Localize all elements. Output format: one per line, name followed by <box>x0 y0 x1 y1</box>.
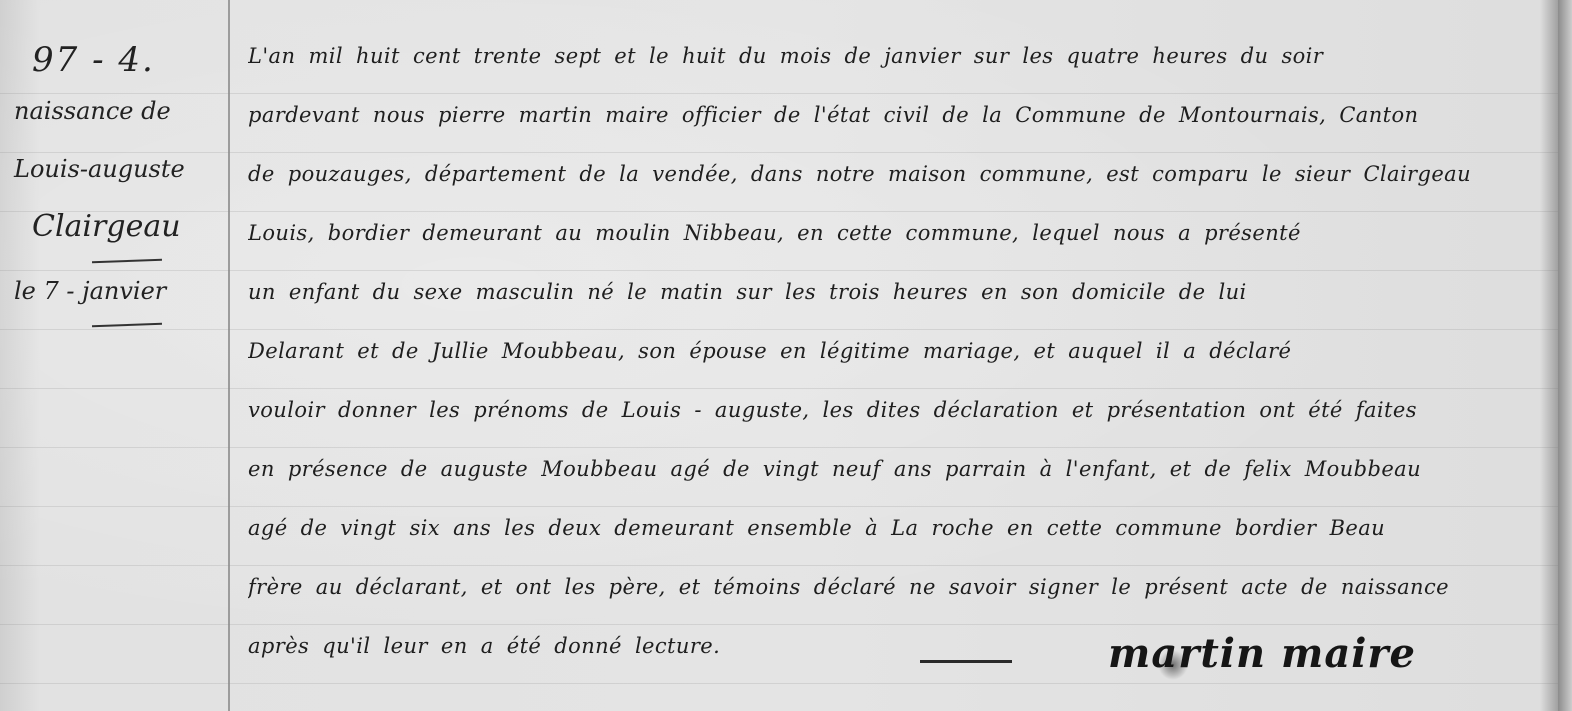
margin-annotation: 97 - 4. naissance de Louis-auguste Clair… <box>14 38 219 326</box>
record-body: L'an mil huit cent trente sept et le hui… <box>248 38 1548 687</box>
record-line-4: Louis, bordier demeurant au moulin Nibbe… <box>248 215 1548 274</box>
scanned-register-page: 97 - 4. naissance de Louis-auguste Clair… <box>0 0 1572 711</box>
entry-number: 97 - 4. <box>14 38 219 82</box>
margin-line-surname: Clairgeau <box>14 198 219 256</box>
record-line-1: L'an mil huit cent trente sept et le hui… <box>248 38 1548 97</box>
record-line-3: de pouzauges, département de la vendée, … <box>248 156 1548 215</box>
record-line-8: en présence de auguste Moubbeau agé de v… <box>248 451 1548 510</box>
page-edge-shadow <box>1558 0 1572 711</box>
mayor-signature: martin maire <box>1108 630 1416 677</box>
record-line-9: agé de vingt six ans les deux demeurant … <box>248 510 1548 569</box>
record-line-10: frère au déclarant, et ont les père, et … <box>248 569 1548 628</box>
margin-rule <box>228 0 230 711</box>
margin-line-date: le 7 - janvier <box>14 262 219 320</box>
margin-line-record-type: naissance de <box>14 82 219 140</box>
record-line-7: vouloir donner les prénoms de Louis - au… <box>248 392 1548 451</box>
margin-line-given-names: Louis-auguste <box>14 140 219 198</box>
record-line-5: un enfant du sexe masculin né le matin s… <box>248 274 1548 333</box>
flourish-divider <box>92 323 162 327</box>
record-line-2: pardevant nous pierre martin maire offic… <box>248 97 1548 156</box>
record-line-6: Delarant et de Jullie Moubbeau, son épou… <box>248 333 1548 392</box>
closing-dash <box>920 660 1012 663</box>
